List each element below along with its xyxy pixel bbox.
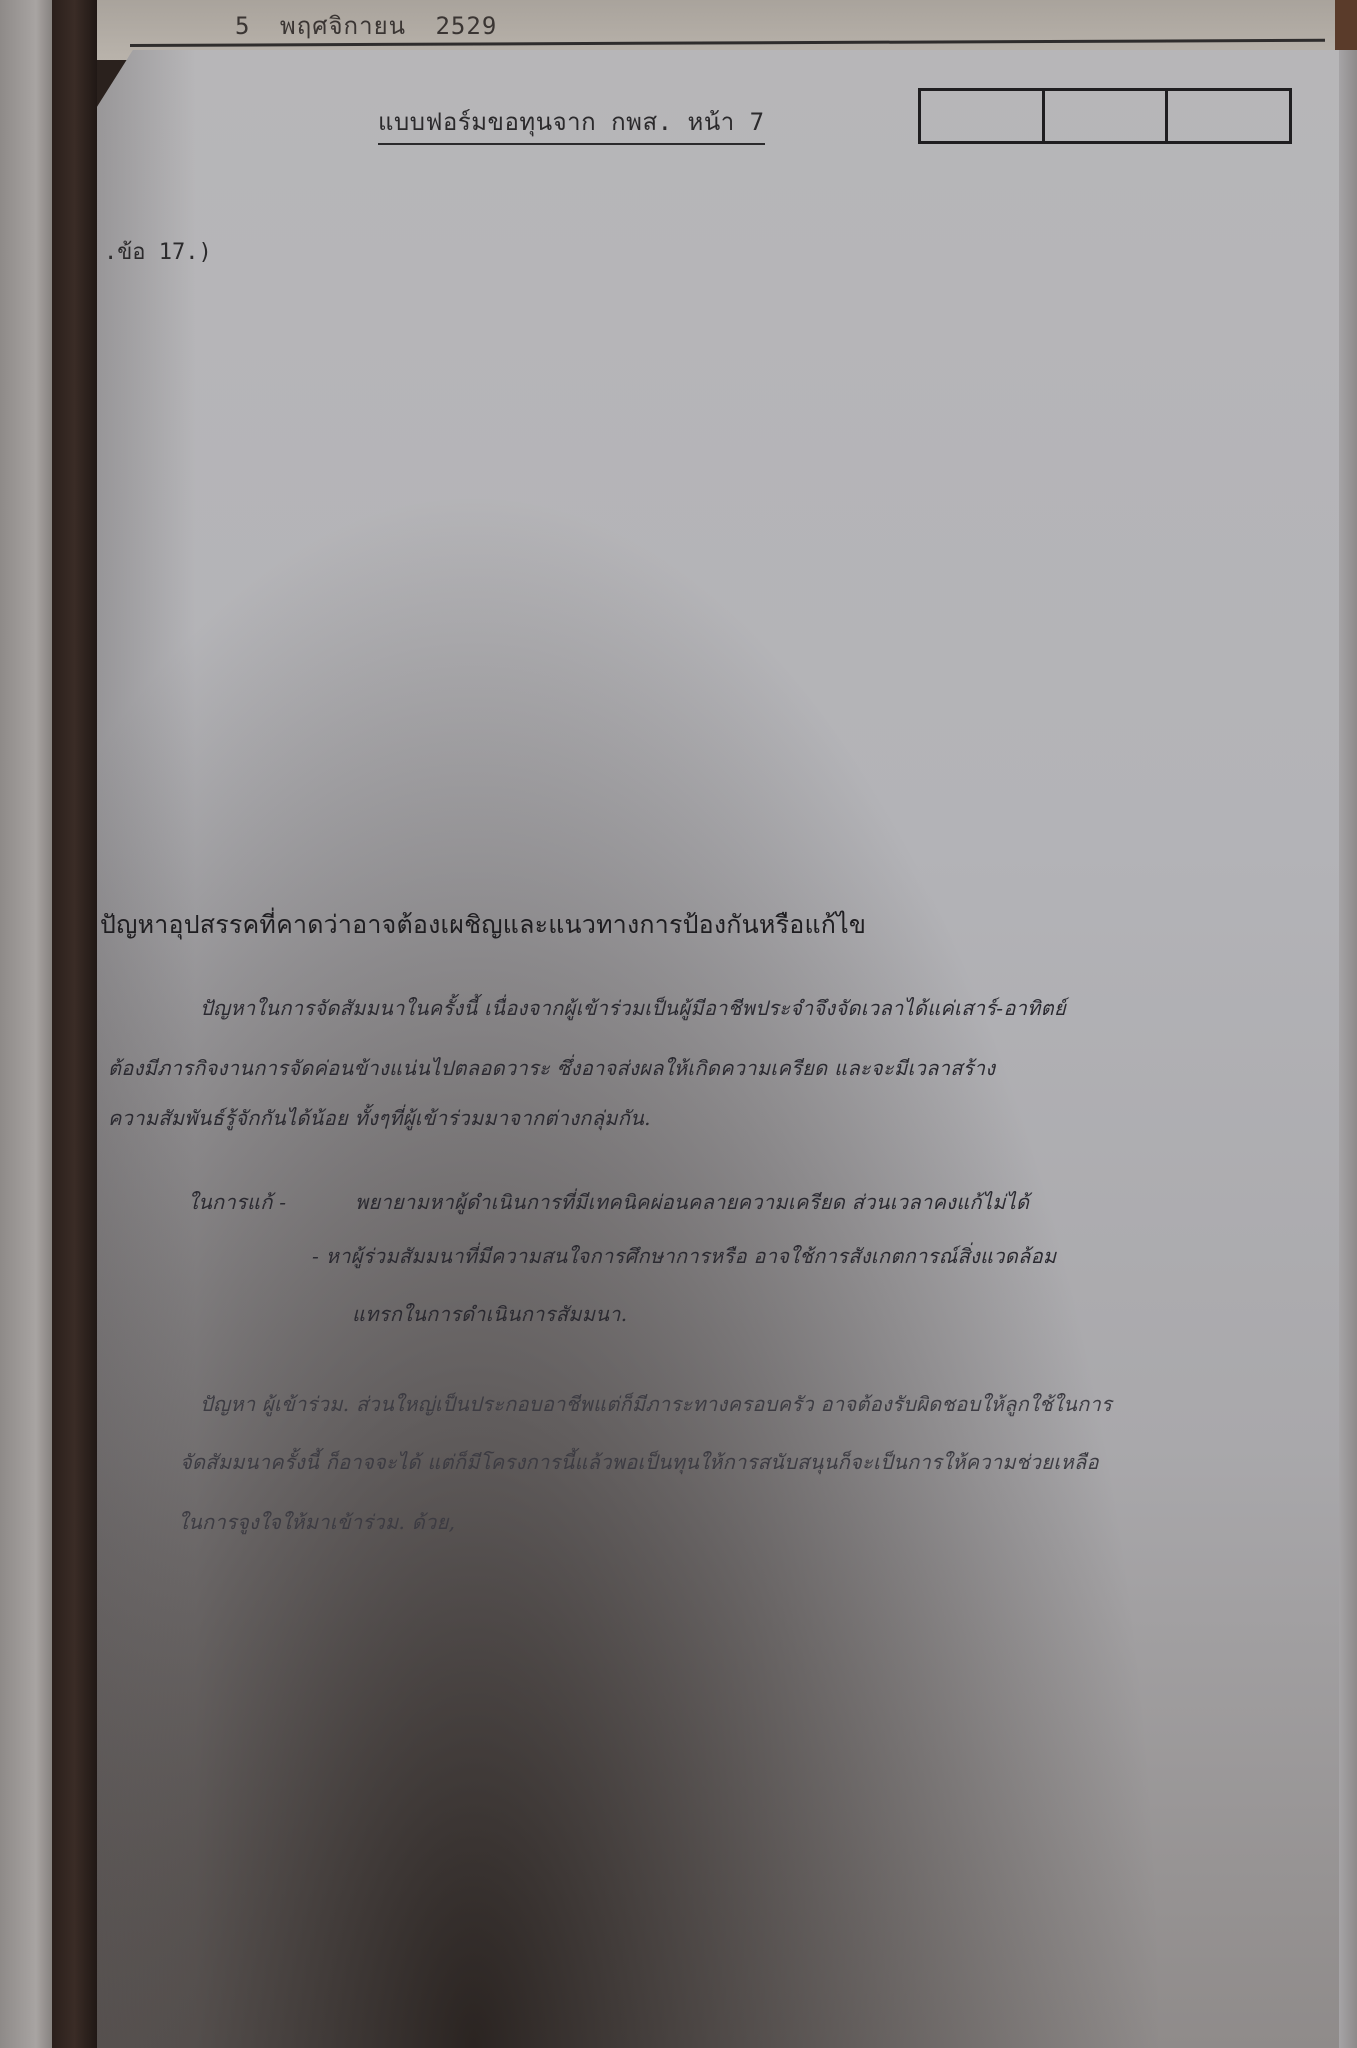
handwritten-line: - หาผู้ร่วมสัมมนาที่มีความสนใจการศึกษากา… [312, 1240, 1056, 1272]
underlying-date: 5 พฤศจิกายน 2529 [235, 6, 497, 45]
section-heading: ปัญหาอุปสรรคที่คาดว่าอาจต้องเผชิญและแนวท… [100, 905, 866, 945]
code-box-2 [1045, 91, 1169, 141]
date-day: 5 [235, 12, 250, 40]
code-boxes [918, 88, 1292, 144]
handwritten-line: ปัญหา ผู้เข้าร่วม. ส่วนใหญ่เป็นประกอบอาช… [200, 1388, 1112, 1420]
date-month: พฤศจิกายน [280, 12, 406, 40]
handwritten-line: จัดสัมมนาครั้งนี้ ก็อาจจะได้ แต่ก็มีโครง… [180, 1446, 1099, 1478]
previous-page-edge [0, 0, 60, 2048]
handwritten-line: ต้องมีภารกิจงานการจัดค่อนข้างแน่นไปตลอดว… [108, 1052, 995, 1084]
date-year: 2529 [435, 12, 497, 40]
code-box-3 [1168, 91, 1289, 141]
handwritten-line: ความสัมพันธ์รู้จักกันได้น้อย ทั้งๆที่ผู้… [108, 1102, 651, 1134]
handwritten-line: ในการจูงใจให้มาเข้าร่วม. ด้วย, [178, 1506, 455, 1538]
document-page [95, 50, 1357, 2048]
form-title: แบบฟอร์มขอทุนจาก กพส. หน้า 7 [378, 102, 765, 145]
handwritten-line: พยายามหาผู้ดำเนินการที่มีเทคนิคผ่อนคลายค… [355, 1186, 1029, 1218]
binding-gutter [52, 0, 97, 2048]
handwritten-line: ปัญหาในการจัดสัมมนาในครั้งนี้ เนื่องจากผ… [200, 992, 1066, 1024]
solution-label: ในการแก้ - [188, 1186, 286, 1218]
handwritten-line: แทรกในการดำเนินการสัมมนา. [352, 1298, 627, 1330]
item-reference: .ข้อ 17.) [104, 234, 212, 269]
code-box-1 [921, 91, 1045, 141]
page-edge [1339, 50, 1357, 2048]
